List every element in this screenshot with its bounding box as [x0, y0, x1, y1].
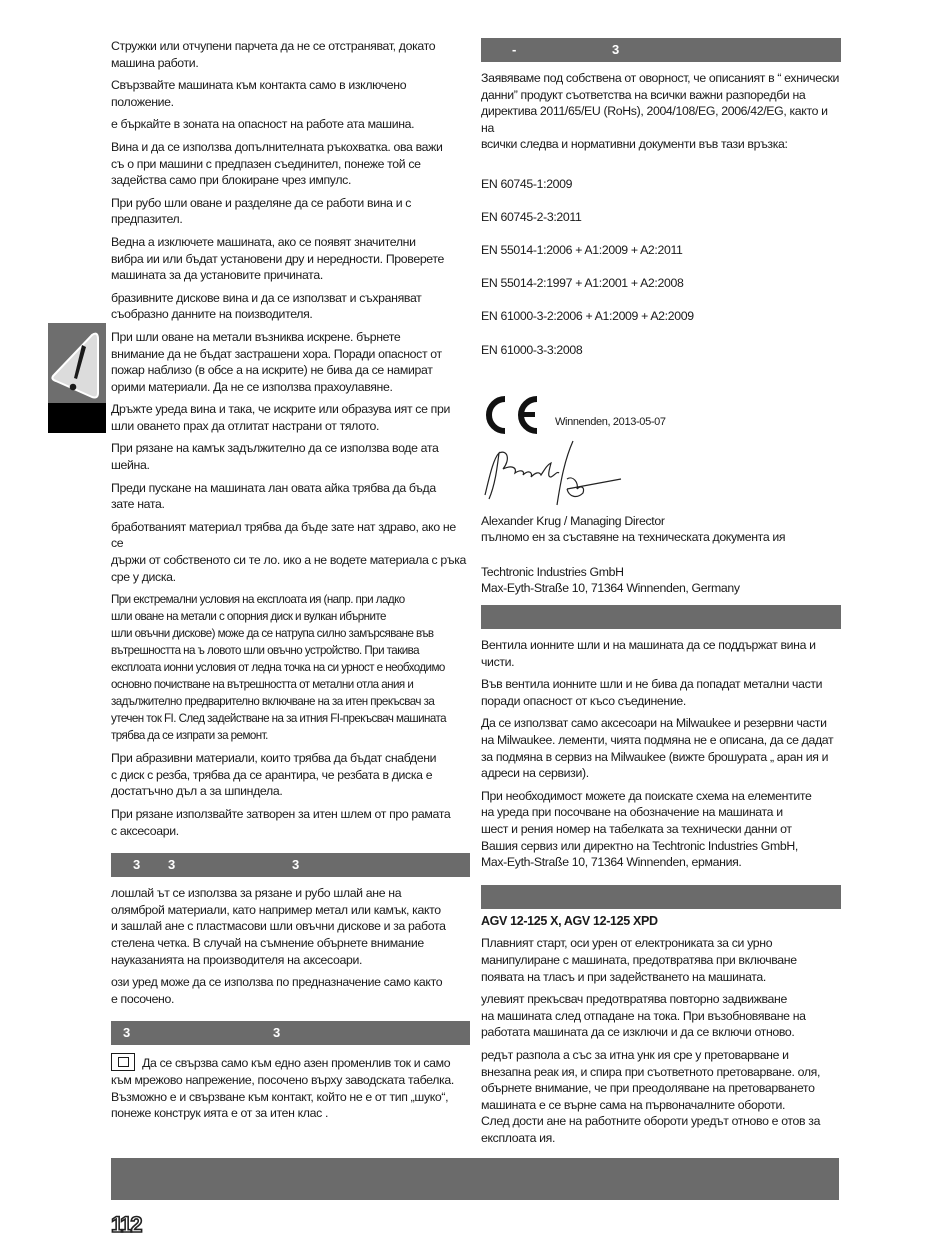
footer-bar [111, 1158, 839, 1200]
intended-use-section-bar: 3 3 3 [111, 853, 470, 877]
standard-item: EN 61000-3-3:2008 [481, 342, 841, 359]
intended-use-paragraph: лошлай ът се използва за рязане и рубо ш… [111, 885, 470, 968]
standard-item: EN 61000-3-2:2006 + A1:2009 + A2:2009 [481, 308, 841, 325]
company-address: Max-Eyth-Straße 10, 71364 Winnenden, Ger… [481, 580, 841, 597]
features-paragraph: Плавният старт, оси урен от електроникат… [481, 935, 841, 985]
safety-paragraph: При рязане на камък задължително да се и… [111, 440, 470, 473]
safety-paragraph: Свързвайте машината към контакта само в … [111, 77, 470, 110]
maintenance-paragraph: Да се използват само аксесоари на Milwau… [481, 715, 841, 781]
signatory: Alexander Krug / Managing Director [481, 513, 841, 530]
ce-mark-icon [481, 395, 543, 435]
warning-tab-black-band [48, 403, 106, 433]
bar-glyph: 3 [292, 853, 299, 877]
safety-paragraph: Вина и да се използва допълнителната рък… [111, 139, 470, 189]
maintenance-section-bar [481, 605, 841, 629]
standard-item: EN 60745-2-3:2011 [481, 209, 841, 226]
safety-paragraph: е бъркайте в зоната на опасност на работ… [111, 116, 470, 133]
maintenance-paragraph: Във вентила ионните шли и не бива да поп… [481, 676, 841, 709]
ce-row: Winnenden, 2013-05-07 [481, 393, 841, 435]
conformity-section-bar: - 3 [481, 38, 841, 62]
conformity-paragraph: Заявяваме под собствена от оворност, че … [481, 70, 841, 153]
company-name: Techtronic Industries GmbH [481, 564, 841, 581]
mains-connection-text: Да се свързва само към едно азен променл… [111, 1056, 454, 1120]
bar-glyph: - [512, 38, 516, 62]
features-paragraph: редът разпола а със за итна унк ия сре у… [481, 1047, 841, 1147]
signature-image [481, 439, 641, 509]
intended-use-paragraph: ози уред може да се използва по предназн… [111, 974, 470, 1007]
bar-glyph: 3 [133, 853, 140, 877]
safety-paragraph: Преди пускане на машината лан овата айка… [111, 480, 470, 513]
bar-glyph: 3 [168, 853, 175, 877]
safety-paragraph: Стружки или отчупени парчета да не се от… [111, 38, 470, 71]
features-paragraph: улевият прекъсвач предотвратява повторно… [481, 991, 841, 1041]
page-number: 112 [111, 1212, 141, 1238]
safety-paragraph: Ведна а изключете машината, ако се появя… [111, 234, 470, 284]
safety-paragraph: При рубо шли оване и разделяне да се раб… [111, 195, 470, 228]
safety-paragraph: При абразивни материали, които трябва да… [111, 750, 470, 800]
mains-connection-section-bar: 3 3 [111, 1021, 470, 1045]
standards-list: EN 60745-1:2009 EN 60745-2-3:2011 EN 550… [481, 159, 841, 375]
warning-exclamation-icon [48, 323, 106, 403]
extreme-conditions-paragraph: При екстремални условия на експлоата ия … [111, 591, 470, 744]
bar-glyph: 3 [273, 1021, 280, 1045]
mains-connection-paragraph: Да се свързва само към едно азен променл… [111, 1053, 470, 1121]
standard-item: EN 55014-2:1997 + A1:2001 + A2:2008 [481, 275, 841, 292]
safety-paragraph: Дръжте уреда вина и така, че искрите или… [111, 401, 470, 434]
warning-side-tab [48, 323, 106, 433]
protection-class-2-icon [111, 1053, 135, 1071]
features-section-bar [481, 885, 841, 909]
standard-item: EN 60745-1:2009 [481, 176, 841, 193]
standard-item: EN 55014-1:2006 + A1:2009 + A2:2011 [481, 242, 841, 259]
safety-paragraph: бработваният материал трябва да бъде зат… [111, 519, 470, 585]
safety-paragraph: При шли оване на метали възниква искрене… [111, 329, 470, 395]
maintenance-paragraph: Вентила ионните шли и на машината да се … [481, 637, 841, 670]
bar-glyph: 3 [123, 1021, 130, 1045]
authorized-representative: пълномо ен за съставяне на техническата … [481, 529, 841, 546]
place-date: Winnenden, 2013-05-07 [555, 414, 666, 431]
safety-paragraph: бразивните дискове вина и да се използва… [111, 290, 470, 323]
model-line: AGV 12-125 X, AGV 12-125 XPD [481, 913, 841, 930]
safety-paragraph: При рязане използвайте затворен за итен … [111, 806, 470, 839]
maintenance-paragraph: При необходимост можете да поискате схем… [481, 788, 841, 871]
bar-glyph: 3 [612, 38, 619, 62]
left-column: Стружки или отчупени парчета да не се от… [111, 38, 470, 1128]
right-column: - 3 Заявяваме под собствена от оворност,… [481, 38, 841, 1153]
